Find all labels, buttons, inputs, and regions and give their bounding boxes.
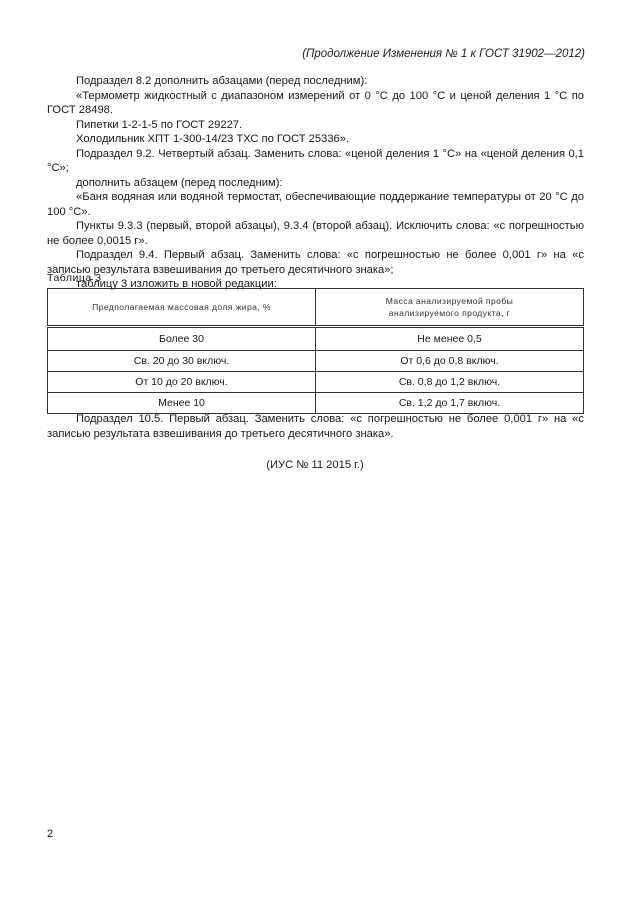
paragraph: Пипетки 1-2-1-5 по ГОСТ 29227. <box>47 118 584 133</box>
column-header-fat-fraction: Предполагаемая массовая доля жира, % <box>48 289 316 327</box>
document-page: (Продолжение Изменения № 1 к ГОСТ 31902—… <box>0 0 630 913</box>
table-row: От 10 до 20 включ. Св. 0,8 до 1,2 включ. <box>48 372 584 393</box>
paragraph: Подраздел 8.2 дополнить абзацами (перед … <box>47 74 584 89</box>
paragraph: дополнить абзацем (перед последним): <box>47 176 584 191</box>
table-cell: Св. 1,2 до 1,7 включ. <box>316 393 584 414</box>
paragraph: Подраздел 9.2. Четвертый абзац. Заменить… <box>47 147 584 176</box>
table-row: Менее 10 Св. 1,2 до 1,7 включ. <box>48 393 584 414</box>
running-header: (Продолжение Изменения № 1 к ГОСТ 31902—… <box>302 47 585 62</box>
table-cell: От 10 до 20 включ. <box>48 372 316 393</box>
paragraph: Пункты 9.3.3 (первый, второй абзацы), 9.… <box>47 219 584 248</box>
paragraph: Холодильник ХПТ 1-300-14/23 ТХС по ГОСТ … <box>47 132 584 147</box>
fat-mass-table: Предполагаемая массовая доля жира, % Мас… <box>47 288 584 414</box>
column-header-sample-mass-line1: Масса анализируемой пробы <box>386 296 514 306</box>
table-header-row: Предполагаемая массовая доля жира, % Мас… <box>48 289 584 327</box>
table-row: Более 30 Не менее 0,5 <box>48 327 584 351</box>
table-cell: От 0,6 до 0,8 включ. <box>316 351 584 372</box>
after-table-text: Подраздел 10.5. Первый абзац. Заменить с… <box>47 412 584 441</box>
amendment-body: Подраздел 8.2 дополнить абзацами (перед … <box>47 74 584 292</box>
table-cell: Более 30 <box>48 327 316 351</box>
table-row: Св. 20 до 30 включ. От 0,6 до 0,8 включ. <box>48 351 584 372</box>
paragraph: «Термометр жидкостный с диапазоном измер… <box>47 89 584 118</box>
table-cell: Менее 10 <box>48 393 316 414</box>
table-cell: Св. 20 до 30 включ. <box>48 351 316 372</box>
paragraph: Подраздел 10.5. Первый абзац. Заменить с… <box>47 412 584 441</box>
table-cell: Св. 0,8 до 1,2 включ. <box>316 372 584 393</box>
column-header-sample-mass: Масса анализируемой пробы анализируемого… <box>316 289 584 327</box>
paragraph: Подраздел 9.4. Первый абзац. Заменить сл… <box>47 248 584 277</box>
page-number: 2 <box>47 827 53 842</box>
paragraph: «Баня водяная или водяной термостат, обе… <box>47 190 584 219</box>
publication-reference: (ИУС № 11 2015 г.) <box>0 458 630 473</box>
column-header-sample-mass-line2: анализируемого продукта, г <box>389 308 510 318</box>
table-caption: Таблица 3 <box>47 271 101 286</box>
table-cell: Не менее 0,5 <box>316 327 584 351</box>
